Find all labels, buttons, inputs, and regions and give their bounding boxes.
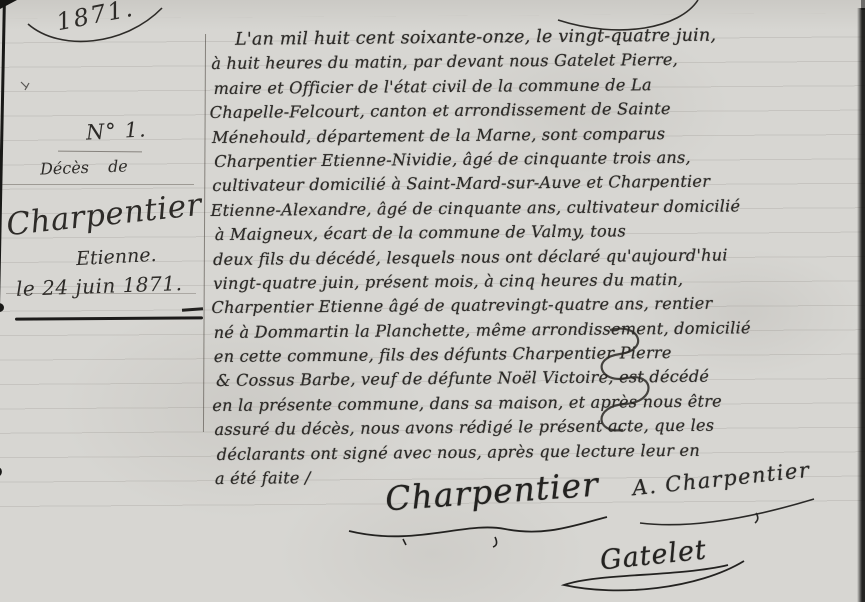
ink-speck-mark [20,80,32,92]
margin-deceased-given-name: Etienne. [75,244,157,270]
margin-underline [58,151,142,153]
margin-underline [2,184,194,185]
scan-corner-mark [0,0,17,9]
signature-flourish-1 [345,515,615,545]
margin-dash-mark [182,307,203,311]
ink-blob [0,303,4,312]
margin-divider-rule [203,34,206,432]
signature-flourish-2 [638,495,818,530]
margin-closing-line [15,316,203,320]
margin-underline [6,293,196,294]
margin-act-type: Décès de [40,156,128,178]
binding-edge-line [0,0,6,602]
page-gutter-shadow-top [861,0,865,10]
margin-act-number: N° 1. [85,117,147,144]
register-page: 1871. N° 1. Décès de Charpentier Etienne… [0,0,865,602]
margin-year-label: 1871. [54,0,137,36]
ink-blob [0,467,2,477]
signature-officer: Gatelet [599,534,709,576]
act-text-block: L'an mil huit cent soixante-onze, le vin… [211,22,865,491]
margin-deceased-surname: Charpentier [5,187,204,243]
margin-death-date: le 24 juin 1871. [16,271,183,301]
